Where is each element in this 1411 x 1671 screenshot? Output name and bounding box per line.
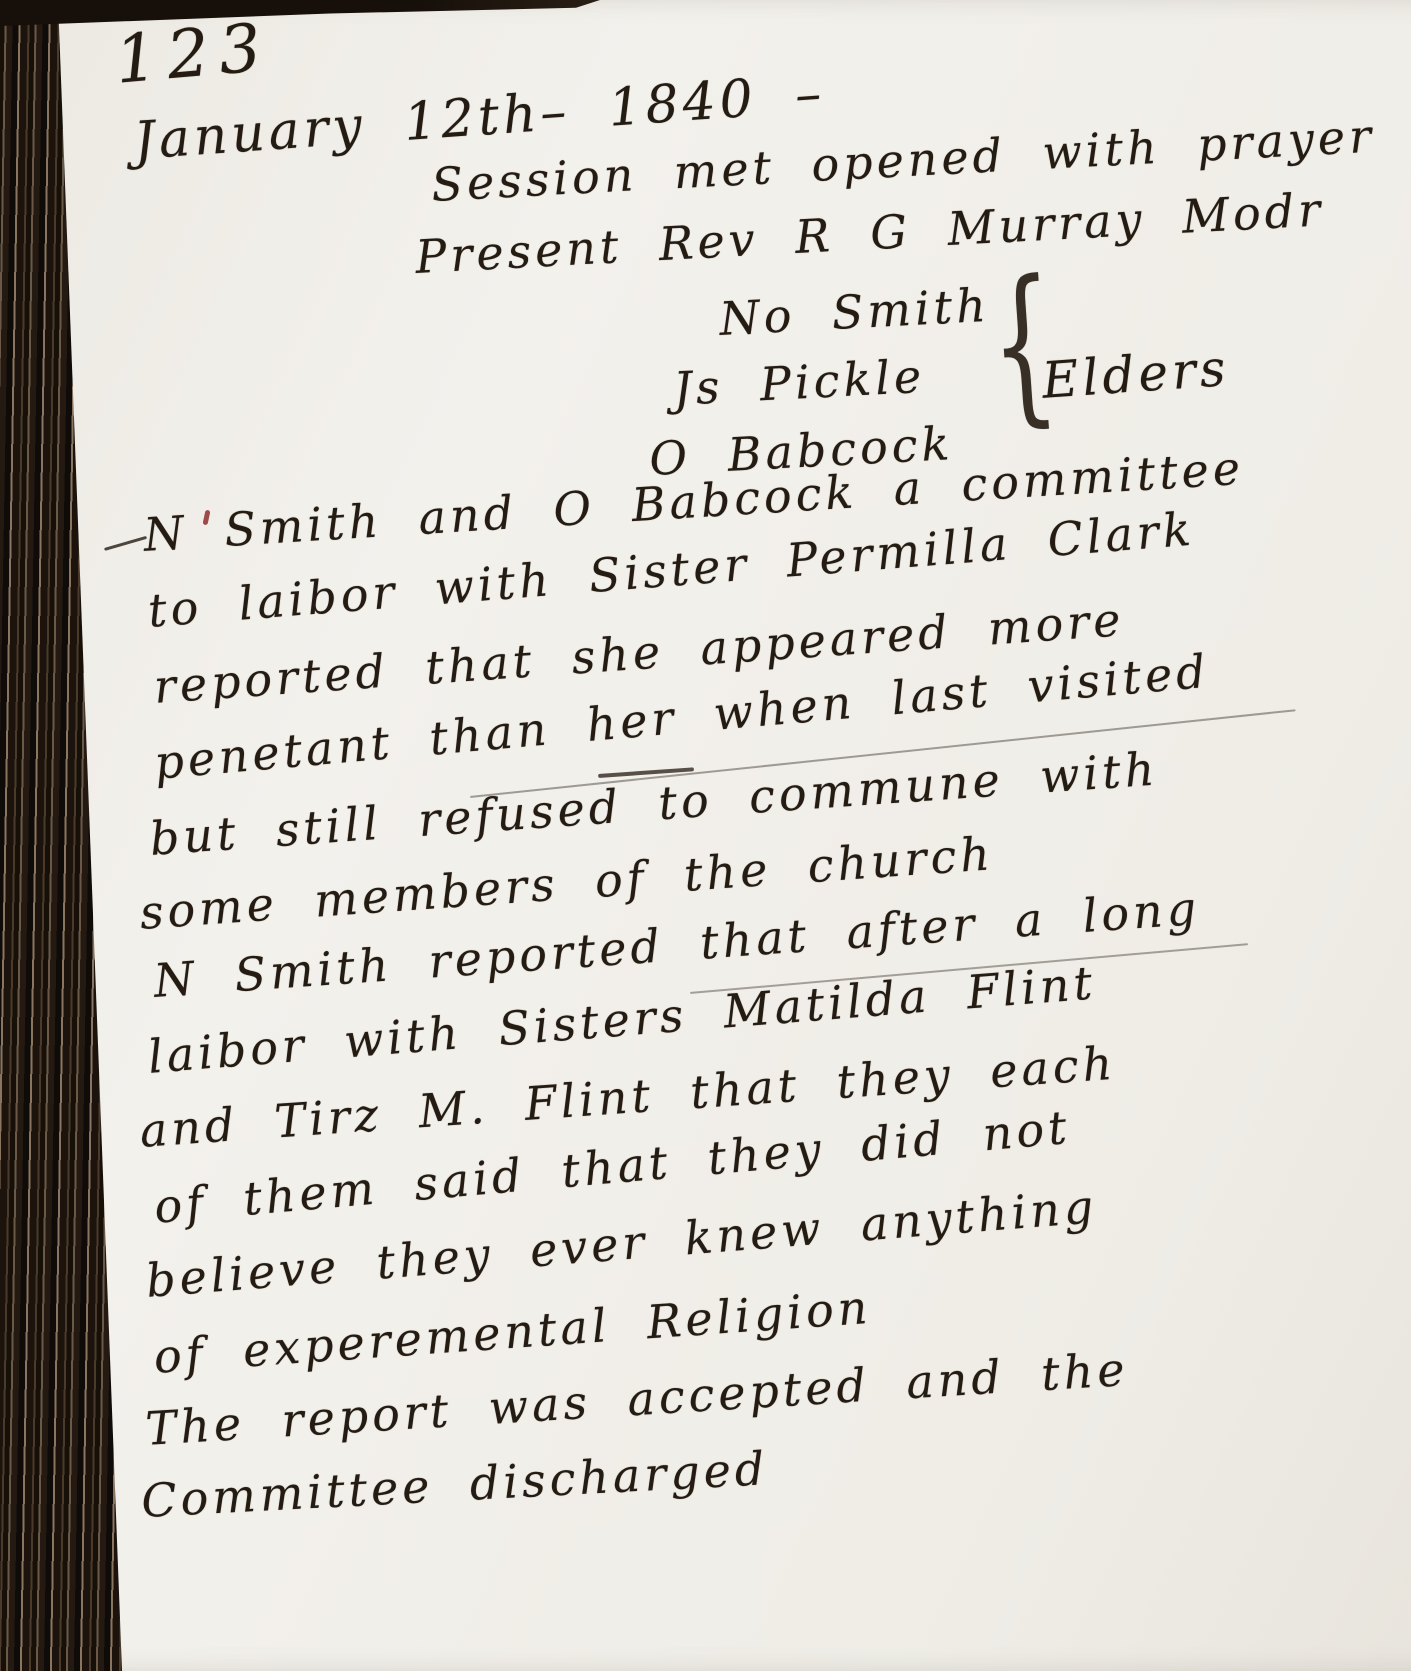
flourish-stroke	[104, 536, 147, 551]
attendee-name-smith: No Smith	[718, 278, 991, 346]
scanned-manuscript-page: 123 January 12th– 1840 – Session met ope…	[0, 0, 1411, 1671]
attendee-role-elders: Elders	[1040, 339, 1231, 410]
manuscript-paper: 123 January 12th– 1840 – Session met ope…	[0, 0, 1411, 1671]
attendee-name-pickle: Js Pickle	[672, 349, 926, 416]
body-line: Committee discharged	[140, 1441, 770, 1528]
page-number: 123	[112, 8, 274, 98]
